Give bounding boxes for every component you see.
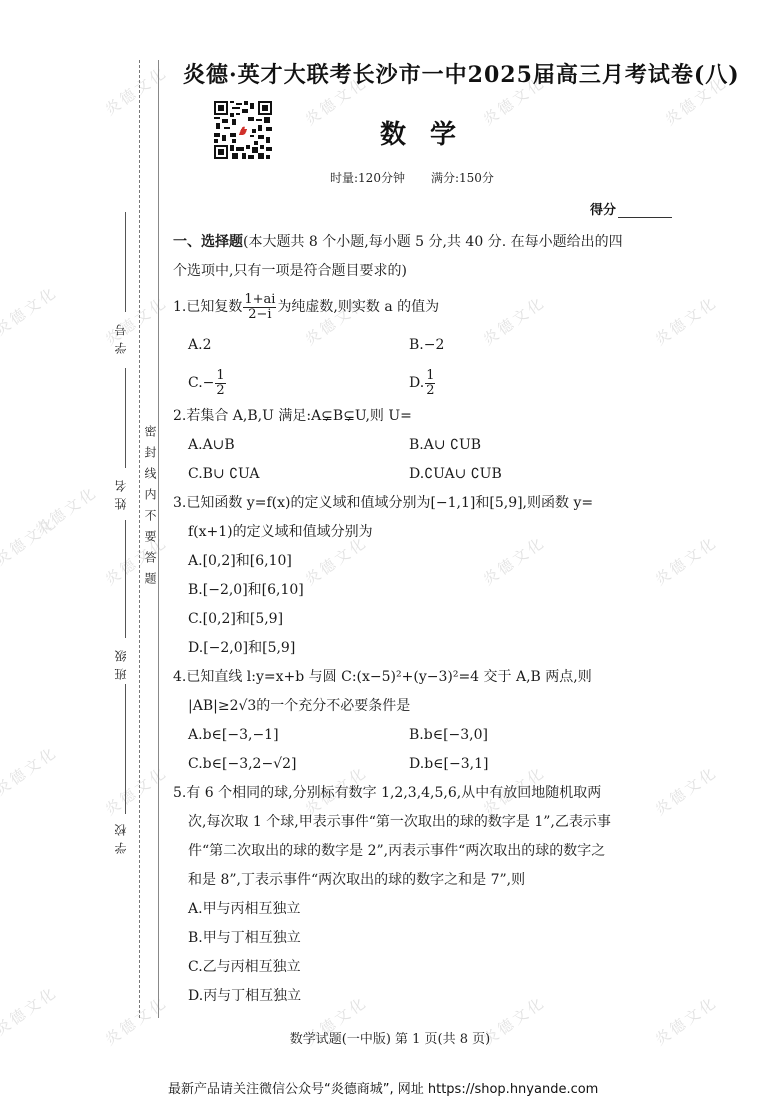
- q2-option-b[interactable]: B.A∪ ∁UB: [409, 431, 630, 460]
- q3-option-d[interactable]: D.[−2,0]和[5,9]: [173, 634, 673, 663]
- school-line[interactable]: [125, 684, 126, 814]
- option-text: 甲与丙相互独立: [203, 901, 301, 917]
- option-label: D.: [188, 988, 203, 1004]
- seal-dotted-line: [139, 60, 140, 1018]
- option-label: B.: [188, 582, 203, 598]
- option-text: b∈[−3,1]: [424, 756, 488, 772]
- q2-option-c[interactable]: C.B∪ ∁UA: [188, 460, 409, 489]
- q1-options-row-1: A.2 B.−2: [173, 326, 673, 364]
- q2-stem: 若集合 A,B,U 满足:A⊊B⊊U,则 U=: [186, 408, 412, 424]
- option-label: A.: [188, 901, 203, 917]
- q3-stem-2: f(x+1)的定义域和值域分别为: [173, 518, 673, 547]
- option-text: ∁UA∪ ∁UB: [424, 466, 502, 482]
- q5-stem-1: 有 6 个相同的球,分别标有数字 1,2,3,4,5,6,从中有放回地随机取两: [186, 785, 601, 801]
- q1-fraction: 1+ai2−i: [243, 293, 276, 322]
- section-desc-line-2: 个选项中,只有一项是符合题目要求的): [173, 257, 673, 286]
- page-footer: 数学试题(一中版) 第 1 页(共 8 页): [0, 1028, 780, 1047]
- q2-number: 2.: [173, 408, 186, 424]
- q2-option-a[interactable]: A.A∪B: [188, 431, 409, 460]
- q4-option-a[interactable]: A.b∈[−3,−1]: [188, 721, 409, 750]
- q5-option-c[interactable]: C.乙与丙相互独立: [173, 953, 673, 982]
- option-text: A∪B: [203, 437, 235, 453]
- option-text: 2: [203, 337, 212, 353]
- option-text: −2: [424, 337, 445, 353]
- watermark: 炎德文化: [0, 511, 62, 570]
- option-text: [0,2]和[5,9]: [203, 611, 283, 627]
- q5-stem-3: 件“第二次取出的球的数字是 2”,丙表示事件“两次取出的球的数字之: [173, 837, 673, 866]
- class-label: 班级: [112, 644, 129, 680]
- section-heading: 一、选择题(本大题共 8 个小题,每小题 5 分,共 40 分. 在每小题给出的…: [173, 228, 673, 257]
- full-score: 满分:150分: [431, 171, 494, 185]
- option-text: 丙与丁相互独立: [203, 988, 301, 1004]
- q4-options-row-2: C.b∈[−3,2−√2] D.b∈[−3,1]: [173, 750, 673, 779]
- option-text: −: [203, 375, 215, 391]
- question-5: 5.有 6 个相同的球,分别标有数字 1,2,3,4,5,6,从中有放回地随机取…: [173, 779, 673, 808]
- q1-option-a[interactable]: A.2: [188, 326, 409, 364]
- q1-number: 1.: [173, 299, 186, 315]
- q1-options-row-2: C.−12 D.12: [173, 364, 673, 402]
- score-blank[interactable]: [618, 203, 672, 218]
- q2-options-row-1: A.A∪B B.A∪ ∁UB: [173, 431, 673, 460]
- option-label: C.: [188, 959, 203, 975]
- q1-stem-pre: 已知复数: [186, 299, 242, 315]
- student-id-line[interactable]: [125, 212, 126, 312]
- option-text: b∈[−3,2−√2]: [203, 756, 297, 772]
- option-label: C.: [188, 375, 203, 391]
- option-label: B.: [409, 727, 424, 743]
- option-text: b∈[−3,0]: [424, 727, 488, 743]
- watermark: 炎德文化: [0, 281, 62, 340]
- q1-option-c[interactable]: C.−12: [188, 364, 409, 402]
- watermark: 炎德文化: [30, 481, 101, 540]
- frac-num: 1: [215, 369, 225, 384]
- option-fraction: 12: [215, 369, 225, 398]
- option-text: B∪ ∁UA: [203, 466, 260, 482]
- score-field: 得分: [590, 199, 672, 218]
- q3-option-a[interactable]: A.[0,2]和[6,10]: [173, 547, 673, 576]
- q3-stem-1: 已知函数 y=f(x)的定义域和值域分别为[−1,1]和[5,9],则函数 y=: [186, 495, 593, 511]
- q2-option-d[interactable]: D.∁UA∪ ∁UB: [409, 460, 630, 489]
- qr-code-icon[interactable]: [214, 101, 272, 159]
- q4-options-row-1: A.b∈[−3,−1] B.b∈[−3,0]: [173, 721, 673, 750]
- name-line[interactable]: [125, 368, 126, 468]
- q4-option-b[interactable]: B.b∈[−3,0]: [409, 721, 630, 750]
- class-line[interactable]: [125, 520, 126, 638]
- option-text: b∈[−3,−1]: [203, 727, 279, 743]
- option-label: B.: [409, 337, 424, 353]
- school-label: 学校: [112, 818, 129, 854]
- watermark: 炎德文化: [100, 61, 171, 120]
- option-fraction: 12: [425, 369, 435, 398]
- option-label: D.: [409, 466, 424, 482]
- exam-meta: 时量:120分钟满分:150分: [330, 169, 494, 186]
- q4-stem-1: 已知直线 l:y=x+b 与圆 C:(x−5)²+(y−3)²=4 交于 A,B…: [186, 669, 591, 685]
- watermark: 炎德文化: [0, 741, 62, 800]
- option-label: D.: [188, 640, 203, 656]
- frac-den: 2: [425, 384, 435, 398]
- q5-stem-4: 和是 8”,丁表示事件“两次取出的球的数字之和是 7”,则: [173, 866, 673, 895]
- frac-num: 1: [425, 369, 435, 384]
- promo-footer[interactable]: 最新产品请关注微信公众号“炎德商城”, 网址 https://shop.hnya…: [168, 1078, 598, 1097]
- option-label: C.: [188, 756, 203, 772]
- name-label: 姓名: [112, 474, 129, 510]
- q1-stem-post: 为纯虚数,则实数 a 的值为: [277, 299, 439, 315]
- q3-number: 3.: [173, 495, 186, 511]
- option-text: A∪ ∁UB: [424, 437, 481, 453]
- exam-title: 炎德·英才大联考长沙市一中2025届高三月考试卷(八): [183, 58, 740, 89]
- option-label: C.: [188, 466, 203, 482]
- q4-option-c[interactable]: C.b∈[−3,2−√2]: [188, 750, 409, 779]
- question-content: 一、选择题(本大题共 8 个小题,每小题 5 分,共 40 分. 在每小题给出的…: [173, 228, 673, 1011]
- section-desc-1: (本大题共 8 个小题,每小题 5 分,共 40 分. 在每小题给出的四: [243, 234, 623, 250]
- question-4: 4.已知直线 l:y=x+b 与圆 C:(x−5)²+(y−3)²=4 交于 A…: [173, 663, 673, 692]
- watermark: 炎德文化: [100, 531, 171, 590]
- option-label: A.: [188, 553, 203, 569]
- option-label: D.: [409, 375, 424, 391]
- score-label: 得分: [590, 203, 616, 218]
- option-label: A.: [188, 437, 203, 453]
- question-1: 1.已知复数1+ai2−i为纯虚数,则实数 a 的值为: [173, 288, 673, 326]
- option-text: 甲与丁相互独立: [203, 930, 301, 946]
- q3-option-c[interactable]: C.[0,2]和[5,9]: [173, 605, 673, 634]
- frac-den: 2: [215, 384, 225, 398]
- q5-stem-2: 次,每次取 1 个球,甲表示事件“第一次取出的球的数字是 1”,乙表示事: [173, 808, 673, 837]
- question-3: 3.已知函数 y=f(x)的定义域和值域分别为[−1,1]和[5,9],则函数 …: [173, 489, 673, 518]
- q4-stem-2: |AB|≥2√3的一个充分不必要条件是: [173, 692, 673, 721]
- q5-option-d[interactable]: D.丙与丁相互独立: [173, 982, 673, 1011]
- q1-frac-num: 1+ai: [243, 293, 276, 308]
- q5-option-b[interactable]: B.甲与丁相互独立: [173, 924, 673, 953]
- time-limit: 时量:120分钟: [330, 171, 405, 185]
- option-label: A.: [188, 727, 203, 743]
- option-text: 乙与丙相互独立: [203, 959, 301, 975]
- option-text: [−2,0]和[6,10]: [203, 582, 304, 598]
- option-text: [0,2]和[6,10]: [203, 553, 292, 569]
- section-title: 一、选择题: [173, 234, 243, 250]
- option-text: [−2,0]和[5,9]: [203, 640, 295, 656]
- q1-frac-den: 2−i: [243, 308, 276, 322]
- q1-option-b[interactable]: B.−2: [409, 326, 630, 364]
- q1-option-d[interactable]: D.12: [409, 364, 630, 402]
- q2-options-row-2: C.B∪ ∁UA D.∁UA∪ ∁UB: [173, 460, 673, 489]
- q4-option-d[interactable]: D.b∈[−3,1]: [409, 750, 630, 779]
- option-label: B.: [188, 930, 203, 946]
- question-2: 2.若集合 A,B,U 满足:A⊊B⊊U,则 U=: [173, 402, 673, 431]
- q5-option-a[interactable]: A.甲与丙相互独立: [173, 895, 673, 924]
- student-id-label: 学号: [112, 318, 129, 354]
- seal-warning-text: 密封线内不要答题: [142, 425, 159, 593]
- q5-number: 5.: [173, 785, 186, 801]
- subject-title: 数学: [380, 114, 480, 151]
- q4-number: 4.: [173, 669, 186, 685]
- option-label: B.: [409, 437, 424, 453]
- q3-option-b[interactable]: B.[−2,0]和[6,10]: [173, 576, 673, 605]
- option-label: A.: [188, 337, 203, 353]
- watermark: 炎德文化: [100, 761, 171, 820]
- option-label: C.: [188, 611, 203, 627]
- option-label: D.: [409, 756, 424, 772]
